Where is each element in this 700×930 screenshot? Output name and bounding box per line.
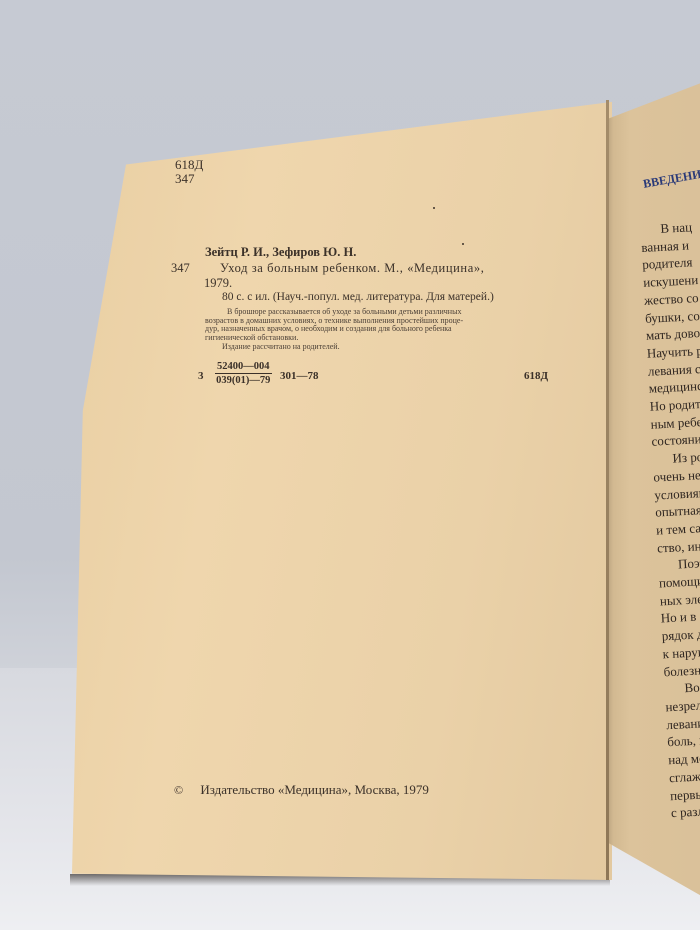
body-line: Возраст	[664, 677, 700, 698]
body-line: Из ро	[652, 447, 700, 468]
body-line: болезненн	[663, 660, 700, 681]
body-line: с различно	[671, 801, 700, 822]
book-title: Уход за больным ребенком. М., «Медицина»…	[220, 261, 484, 276]
pages-info: 80 с. с ил. (Науч.-попул. мед. литератур…	[222, 291, 494, 303]
body-line: условиям	[654, 483, 700, 504]
code-301: 301—78	[280, 370, 319, 382]
right-page-body: В нацванная иродителяискушенижество собу…	[640, 218, 700, 825]
body-line: и тем сам	[656, 518, 700, 539]
body-line: помощи н	[659, 571, 700, 592]
body-line: рядок дня	[661, 624, 700, 645]
authors: Зейтц Р. И., Зефиров Ю. Н.	[205, 245, 356, 260]
body-line: Научить р	[646, 341, 700, 362]
abstract: В брошюре рассказывается об уходе за бол…	[205, 308, 463, 342]
body-line: ных элеме	[659, 589, 700, 610]
body-line: левании п	[666, 713, 700, 734]
print-speck	[433, 207, 435, 209]
body-line: незрелость	[665, 695, 700, 716]
body-line: очень неж	[653, 465, 700, 486]
catalog-code-top: 618Д 347	[175, 158, 203, 186]
code-618: 618Д	[524, 370, 548, 382]
book-spine	[606, 100, 609, 880]
left-page	[72, 98, 612, 880]
body-line: Но и в бо	[660, 607, 700, 628]
body-line: первый пл	[670, 783, 700, 804]
right-page-text: ВВЕДЕНИ В нацванная иродителяискушенижес…	[640, 165, 700, 825]
body-line: боль, повы	[667, 730, 700, 751]
body-line: опытная м	[655, 501, 700, 522]
catalog-code: 618Д	[175, 158, 203, 172]
fraction-numerator: 52400—004	[215, 361, 272, 374]
catalog-number-side: 347	[171, 261, 190, 276]
fraction-denominator: 039(01)—79	[215, 374, 272, 386]
copyright-icon: ©	[174, 783, 183, 797]
body-line: сглажены	[669, 766, 700, 787]
catalog-number: 347	[175, 172, 203, 186]
body-line: Но родит	[649, 394, 700, 415]
body-line: В нац	[640, 218, 700, 239]
chapter-heading: ВВЕДЕНИ	[642, 165, 700, 192]
publication-year: 1979.	[204, 276, 232, 291]
body-line: над местн	[668, 748, 700, 769]
print-speck	[462, 243, 464, 245]
body-line: Поэтом	[658, 554, 700, 575]
bibliographic-fraction: 52400—004 039(01)—79	[215, 361, 272, 386]
copyright-text: Издательство «Медицина», Москва, 1979	[200, 782, 429, 797]
edition-note: Издание рассчитано на родителей.	[222, 342, 340, 351]
body-line: жество со	[644, 288, 700, 309]
body-line: к нарушен	[662, 642, 700, 663]
copyright-line: © Издательство «Медицина», Москва, 1979	[174, 782, 429, 798]
body-line: ство, иног	[657, 536, 700, 557]
index-digit: 3	[198, 370, 204, 382]
